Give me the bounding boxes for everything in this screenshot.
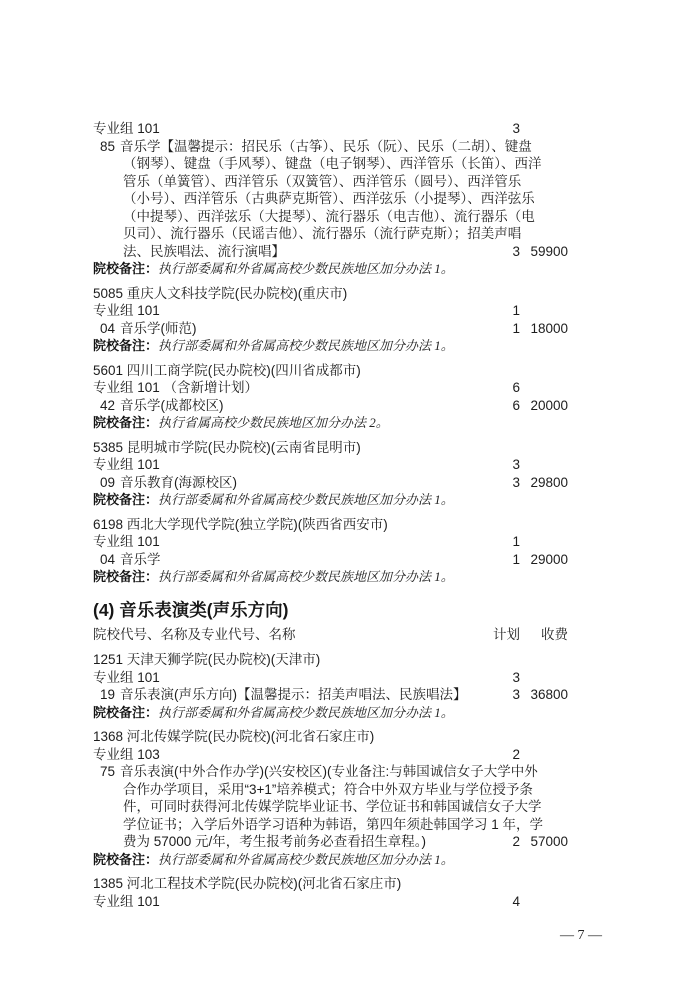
major-plan-count: 3 [480, 243, 520, 261]
major-text: 75音乐表演(中外合作办学)(兴安校区)(专业备注:与韩国诚信女子大学中外合作办… [93, 763, 543, 851]
group-plan-count: 3 [480, 120, 520, 138]
major-text: 42音乐学(成都校区) [93, 397, 543, 415]
college-block-5385: 5385 昆明城市学院(民办院校)(云南省昆明市) 专业组 101 3 09音乐… [93, 439, 568, 509]
column-header-fee: 收费 [522, 626, 568, 644]
college-name: 5085 重庆人文科技学院(民办院校)(重庆市) [93, 285, 513, 303]
page-number: — 7 — [536, 928, 626, 944]
college-block-6198: 6198 西北大学现代学院(独立学院)(陕西省西安市) 专业组 101 1 04… [93, 516, 568, 586]
group-label: 专业组 101 [93, 669, 513, 687]
note-row: 院校备注：执行部委属和外省属高校少数民族地区加分办法 1。 [93, 337, 568, 355]
group-row: 专业组 101 1 [93, 533, 568, 551]
college-line: 6198 西北大学现代学院(独立学院)(陕西省西安市) [93, 516, 568, 534]
major-text: 04音乐学(师范) [93, 320, 543, 338]
major-fee: 29800 [522, 474, 568, 492]
major-name: 音乐学【温馨提示：招民乐（古筝）、民乐（阮）、民乐（二胡）、键盘（钢琴）、键盘（… [120, 139, 541, 259]
major-text: 09音乐教育(海源校区) [93, 474, 543, 492]
major-row: 09音乐教育(海源校区) 3 29800 [93, 474, 568, 492]
group-row: 专业组 101 （含新增计划） 6 [93, 379, 568, 397]
note-text: 执行部委属和外省属高校少数民族地区加分办法 1。 [158, 261, 454, 276]
group-plan-count: 2 [480, 746, 520, 764]
group-row: 专业组 103 2 [93, 746, 568, 764]
note-row: 院校备注：执行省属高校少数民族地区加分办法 2。 [93, 414, 568, 432]
group-row: 专业组 101 3 [93, 669, 568, 687]
major-row: 19音乐表演(声乐方向)【温馨提示：招美声唱法、民族唱法】 3 36800 [93, 686, 568, 704]
major-code: 04 [100, 321, 115, 336]
group-label: 专业组 101 [93, 533, 513, 551]
note-text: 执行省属高校少数民族地区加分办法 2。 [158, 415, 389, 430]
section-title: (4) 音乐表演类(声乐方向) [93, 599, 568, 621]
note-label: 院校备注： [93, 338, 158, 353]
major-row: 42音乐学(成都校区) 6 20000 [93, 397, 568, 415]
note-label: 院校备注： [93, 569, 158, 584]
major-row: 04音乐学(师范) 1 18000 [93, 320, 568, 338]
college-name: 5601 四川工商学院(民办院校)(四川省成都市) [93, 362, 513, 380]
group-plan-count: 3 [480, 669, 520, 687]
group-label: 专业组 101 [93, 456, 513, 474]
major-fee: 57000 [522, 833, 568, 851]
college-name: 5385 昆明城市学院(民办院校)(云南省昆明市) [93, 439, 513, 457]
major-code: 19 [100, 687, 115, 702]
column-header-name: 院校代号、名称及专业代号、名称 [93, 626, 513, 644]
group-row: 专业组 101 1 [93, 302, 568, 320]
major-row: 04音乐学 1 29000 [93, 551, 568, 569]
college-line: 5085 重庆人文科技学院(民办院校)(重庆市) [93, 285, 568, 303]
note-text: 执行部委属和外省属高校少数民族地区加分办法 1。 [158, 569, 454, 584]
college-line: 5385 昆明城市学院(民办院校)(云南省昆明市) [93, 439, 568, 457]
page-content: 专业组 101 3 85音乐学【温馨提示：招民乐（古筝）、民乐（阮）、民乐（二胡… [93, 120, 568, 910]
major-fee: 20000 [522, 397, 568, 415]
major-plan-count: 6 [480, 397, 520, 415]
note-label: 院校备注： [93, 261, 158, 276]
college-name: 1251 天津天狮学院(民办院校)(天津市) [93, 651, 513, 669]
group-label: 专业组 101 [93, 302, 513, 320]
note-text: 执行部委属和外省属高校少数民族地区加分办法 1。 [158, 338, 454, 353]
group-plan-count: 4 [480, 893, 520, 911]
note-row: 院校备注：执行部委属和外省属高校少数民族地区加分办法 1。 [93, 851, 568, 869]
group-row: 专业组 101 4 [93, 893, 568, 911]
column-header-row: 院校代号、名称及专业代号、名称 计划 收费 [93, 626, 568, 644]
college-block-1368: 1368 河北传媒学院(民办院校)(河北省石家庄市) 专业组 103 2 75音… [93, 728, 568, 868]
major-code: 75 [100, 764, 115, 779]
major-code: 04 [100, 552, 115, 567]
group-row: 专业组 101 3 [93, 120, 568, 138]
group-row: 专业组 101 3 [93, 456, 568, 474]
college-line: 1368 河北传媒学院(民办院校)(河北省石家庄市) [93, 728, 568, 746]
note-label: 院校备注： [93, 852, 158, 867]
major-name: 音乐学(师范) [120, 321, 197, 336]
major-name: 音乐学 [120, 552, 161, 567]
major-plan-count: 1 [480, 551, 520, 569]
group-label: 专业组 101 [93, 120, 513, 138]
college-name: 1385 河北工程技术学院(民办院校)(河北省石家庄市) [93, 875, 513, 893]
note-row: 院校备注：执行部委属和外省属高校少数民族地区加分办法 1。 [93, 568, 568, 586]
note-row: 院校备注：执行部委属和外省属高校少数民族地区加分办法 1。 [93, 491, 568, 509]
major-row: 85音乐学【温馨提示：招民乐（古筝）、民乐（阮）、民乐（二胡）、键盘（钢琴）、键… [93, 138, 568, 261]
major-row: 75音乐表演(中外合作办学)(兴安校区)(专业备注:与韩国诚信女子大学中外合作办… [93, 763, 568, 851]
major-name: 音乐教育(海源校区) [120, 475, 237, 490]
major-code: 09 [100, 475, 115, 490]
college-block-1385: 1385 河北工程技术学院(民办院校)(河北省石家庄市) 专业组 101 4 [93, 875, 568, 910]
note-label: 院校备注： [93, 492, 158, 507]
group-plan-count: 6 [480, 379, 520, 397]
major-fee: 18000 [522, 320, 568, 338]
college-line: 1251 天津天狮学院(民办院校)(天津市) [93, 651, 568, 669]
group-label: 专业组 101 [93, 893, 513, 911]
major-text: 85音乐学【温馨提示：招民乐（古筝）、民乐（阮）、民乐（二胡）、键盘（钢琴）、键… [93, 138, 543, 261]
note-label: 院校备注： [93, 705, 158, 720]
college-name: 1368 河北传媒学院(民办院校)(河北省石家庄市) [93, 728, 513, 746]
major-plan-count: 1 [480, 320, 520, 338]
major-text: 19音乐表演(声乐方向)【温馨提示：招美声唱法、民族唱法】 [93, 686, 543, 704]
note-text: 执行部委属和外省属高校少数民族地区加分办法 1。 [158, 705, 454, 720]
major-fee: 36800 [522, 686, 568, 704]
group-plan-count: 1 [480, 533, 520, 551]
major-code: 42 [100, 398, 115, 413]
note-row: 院校备注：执行部委属和外省属高校少数民族地区加分办法 1。 [93, 260, 568, 278]
major-fee: 29000 [522, 551, 568, 569]
major-code: 85 [100, 139, 115, 154]
major-text: 04音乐学 [93, 551, 543, 569]
note-label: 院校备注： [93, 415, 158, 430]
college-block-5601: 5601 四川工商学院(民办院校)(四川省成都市) 专业组 101 （含新增计划… [93, 362, 568, 432]
major-fee: 59900 [522, 243, 568, 261]
group-plan-count: 1 [480, 302, 520, 320]
column-header-plan: 计划 [480, 626, 520, 644]
group-label: 专业组 103 [93, 746, 513, 764]
note-text: 执行部委属和外省属高校少数民族地区加分办法 1。 [158, 852, 454, 867]
college-line: 1385 河北工程技术学院(民办院校)(河北省石家庄市) [93, 875, 568, 893]
college-block-1251: 1251 天津天狮学院(民办院校)(天津市) 专业组 101 3 19音乐表演(… [93, 651, 568, 721]
group-label: 专业组 101 （含新增计划） [93, 379, 513, 397]
note-text: 执行部委属和外省属高校少数民族地区加分办法 1。 [158, 492, 454, 507]
document-page: 专业组 101 3 85音乐学【温馨提示：招民乐（古筝）、民乐（阮）、民乐（二胡… [0, 0, 699, 989]
group-plan-count: 3 [480, 456, 520, 474]
college-block-5085: 5085 重庆人文科技学院(民办院校)(重庆市) 专业组 101 1 04音乐学… [93, 285, 568, 355]
college-block-continuation: 专业组 101 3 85音乐学【温馨提示：招民乐（古筝）、民乐（阮）、民乐（二胡… [93, 120, 568, 278]
major-name: 音乐学(成都校区) [120, 398, 224, 413]
college-name: 6198 西北大学现代学院(独立学院)(陕西省西安市) [93, 516, 513, 534]
major-plan-count: 2 [480, 833, 520, 851]
note-row: 院校备注：执行部委属和外省属高校少数民族地区加分办法 1。 [93, 704, 568, 722]
major-plan-count: 3 [480, 686, 520, 704]
major-plan-count: 3 [480, 474, 520, 492]
major-name: 音乐表演(声乐方向)【温馨提示：招美声唱法、民族唱法】 [120, 687, 467, 702]
college-line: 5601 四川工商学院(民办院校)(四川省成都市) [93, 362, 568, 380]
